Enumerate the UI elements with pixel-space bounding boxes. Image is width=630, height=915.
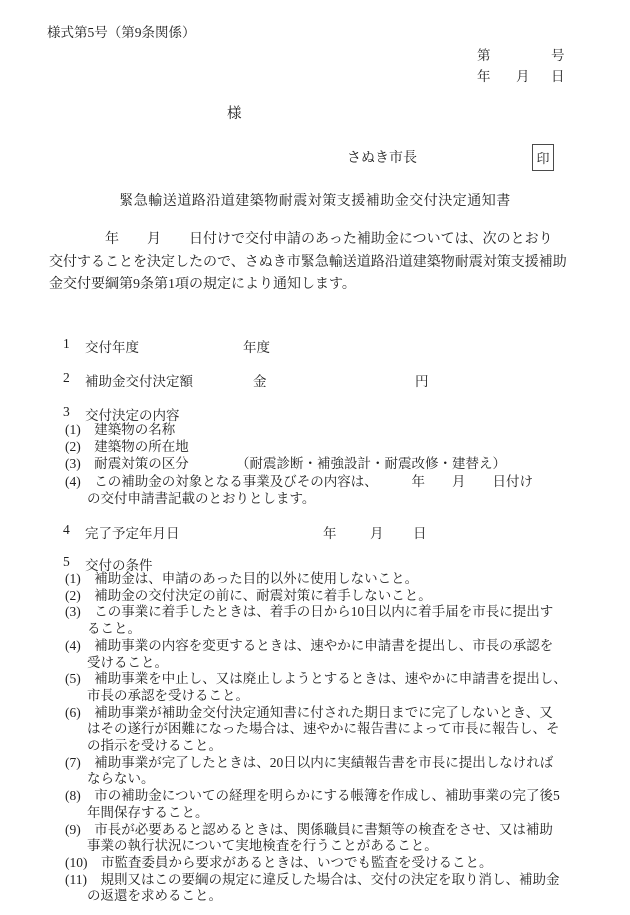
body-paragraph-line: 年 月 日付けで交付申請のあった補助金については、次のとおり: [49, 229, 630, 252]
section-3-number: 3: [63, 404, 70, 420]
section-4-year: 年: [323, 522, 337, 542]
document-title: 緊急輸送道路沿道建築物耐震対策支援補助金交付決定通知書: [0, 190, 630, 210]
condition-item-9-line-1: (9) 市長が必要あると認めるときは、関係職員に書類等の検査をさせ、又は補助: [65, 822, 630, 839]
section-4-day: 日: [413, 522, 427, 542]
section-2-currency-prefix: 金: [253, 370, 267, 390]
condition-item-3-line-1: (3) この事業に着手したときは、着手の日から10日以内に着手届を市長に提出す: [65, 604, 630, 621]
section-1-label: 交付年度: [85, 336, 139, 356]
condition-item-8-line-1: (8) 市の補助金についての経理を明らかにする帳簿を作成し、補助事業の完了後5: [65, 788, 630, 805]
decision-item-3: (3) 耐震対策の区分 （耐震診断・補強設計・耐震改修・建替え）: [65, 455, 630, 472]
condition-item-4-line-1: (4) 補助事業の内容を変更するときは、速やかに申請書を提出し、市長の承認を: [65, 638, 630, 655]
addressee-honorific: 様: [227, 102, 242, 123]
decision-item-1: (1) 建築物の名称: [65, 421, 630, 438]
decision-item-4-line-2: の交付申請書記載のとおりとします。: [87, 490, 630, 507]
condition-item-3-line-2: ること。: [87, 621, 630, 638]
condition-item-6-line-1: (6) 補助事業が補助金交付決定通知書に付された期日までに完了しないとき、又: [65, 705, 630, 722]
condition-item-6-line-2: はその遂行が困難になった場合は、速やかに報告書によって市長に報告し、そ: [87, 721, 630, 738]
seal-icon: 印: [536, 148, 549, 167]
condition-item-5-line-2: 市長の承認を受けること。: [87, 688, 630, 705]
body-paragraph-line: 交付することを決定したので、さぬき市緊急輸送道路沿道建築物耐震対策支援補助: [49, 252, 630, 275]
issue-date-month: 月: [516, 65, 530, 85]
section-5-items: (1) 補助金は、申請のあった目的以外に使用しないこと。 (2) 補助金の交付決…: [0, 571, 630, 905]
section-4-number: 4: [63, 522, 70, 538]
body-paragraph-line: 金交付要綱第9条第1項の規定により通知します。: [49, 274, 630, 297]
document-page: 様式第5号（第9条関係） 第 号 年 月 日 様 さぬき市長 印 緊急輸送道路沿…: [0, 0, 630, 915]
issue-date-year: 年: [477, 65, 491, 85]
form-id: 様式第5号（第9条関係）: [47, 21, 196, 41]
section-5-number: 5: [63, 554, 70, 570]
condition-item-2: (2) 補助金の交付決定の前に、耐震対策に着手しないこと。: [65, 588, 630, 605]
condition-item-11-line-1: (11) 規則又はこの要綱の規定に違反した場合は、交付の決定を取り消し、補助金: [65, 872, 630, 889]
condition-item-5-line-1: (5) 補助事業を中止し、又は廃止しようとするときは、速やかに申請書を提出し、: [65, 671, 630, 688]
seal-box: 印: [532, 144, 554, 171]
condition-item-8-line-2: 年間保存すること。: [87, 805, 630, 822]
condition-item-9-line-2: 事業の執行状況について実地検査を行うことがあること。: [87, 838, 630, 855]
decision-item-2: (2) 建築物の所在地: [65, 438, 630, 455]
section-3-items: (1) 建築物の名称 (2) 建築物の所在地 (3) 耐震対策の区分 （耐震診断…: [0, 421, 630, 507]
condition-item-4-line-2: 受けること。: [87, 655, 630, 672]
section-1-value: 年度: [243, 336, 270, 356]
section-2-number: 2: [63, 370, 70, 386]
issue-date-day: 日: [551, 65, 565, 85]
section-1-number: 1: [63, 336, 70, 352]
condition-item-7-line-1: (7) 補助事業が完了したときは、20日以内に実績報告書を市長に提出しなければ: [65, 755, 630, 772]
condition-item-10: (10) 市監査委員から要求があるときは、いつでも監査を受けること。: [65, 855, 630, 872]
body-paragraph: 年 月 日付けで交付申請のあった補助金については、次のとおり 交付することを決定…: [0, 229, 630, 297]
section-2-currency-suffix: 円: [415, 370, 429, 390]
section-4-month: 月: [370, 522, 384, 542]
doc-number-prefix: 第: [477, 44, 491, 64]
condition-item-6-line-3: の指示を受けること。: [87, 738, 630, 755]
section-2-label: 補助金交付決定額: [85, 370, 193, 390]
doc-number-suffix: 号: [551, 44, 565, 64]
condition-item-7-line-2: ならない。: [87, 771, 630, 788]
condition-item-11-line-2: の返還を求めること。: [87, 888, 630, 905]
condition-item-1: (1) 補助金は、申請のあった目的以外に使用しないこと。: [65, 571, 630, 588]
section-4-label: 完了予定年月日: [85, 522, 180, 542]
decision-item-4-line-1: (4) この補助金の対象となる事業及びその内容は、 年 月 日付け: [65, 473, 630, 490]
sender-name: さぬき市長: [347, 147, 417, 167]
